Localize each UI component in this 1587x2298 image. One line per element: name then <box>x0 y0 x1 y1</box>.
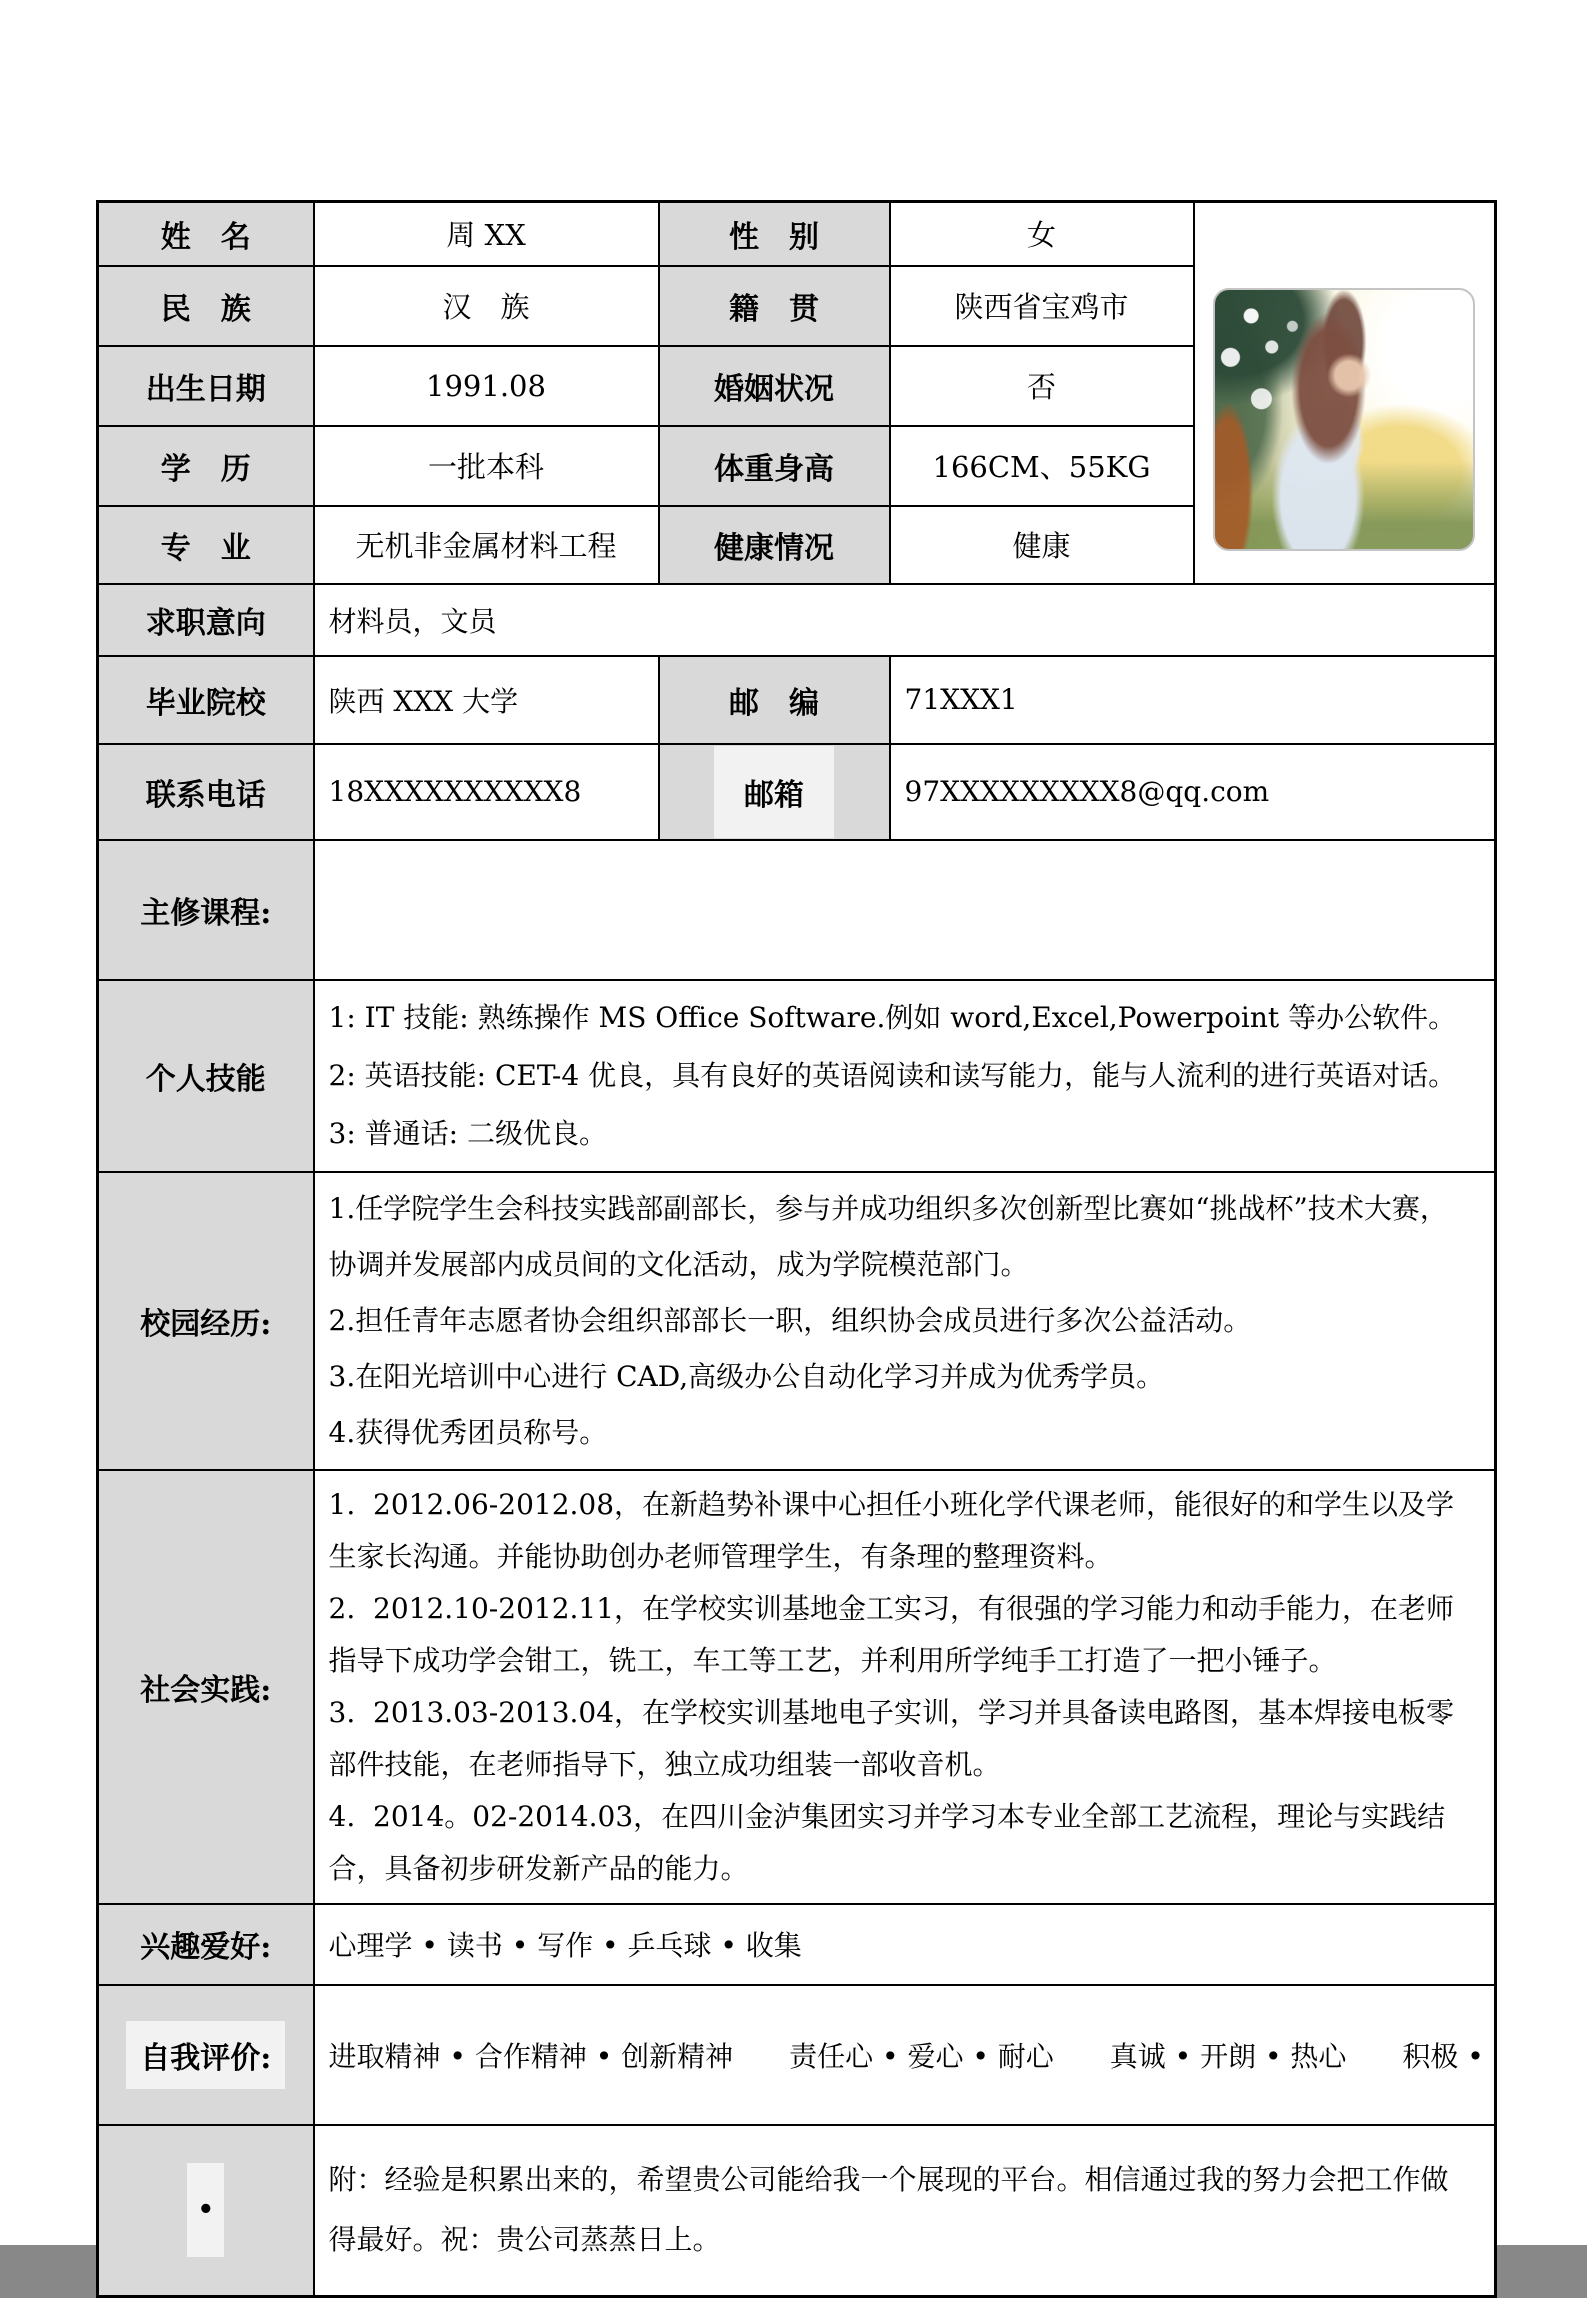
main-courses-value <box>314 840 1496 980</box>
row-hobbies: 兴趣爱好: 心理学 • 读书 • 写作 • 乒乓球 • 收集 <box>98 1904 1496 1985</box>
self-evaluation-label: 自我评价: <box>98 1985 314 2125</box>
birth-date-label: 出生日期 <box>98 346 314 426</box>
phone-label: 联系电话 <box>98 744 314 840</box>
bullet-icon: • <box>187 2163 224 2257</box>
social-line-1: 1. 2012.06-2012.08，在新趋势补课中心担任小班化学代课老师，能很… <box>329 1479 1475 1583</box>
self-evaluation-value: 进取精神 • 合作精神 • 创新精神 责任心 • 爱心 • 耐心 真诚 • 开朗… <box>314 1985 1496 2125</box>
attachment-bullet-cell: • <box>98 2125 314 2297</box>
skill-line-3: 3: 普通话: 二级优良。 <box>329 1105 1475 1163</box>
attachment-value: 附：经验是积累出来的，希望贵公司能给我一个展现的平台。相信通过我的努力会把工作做… <box>314 2125 1496 2297</box>
row-main-courses: 主修课程: <box>98 840 1496 980</box>
job-intention-value: 材料员，文员 <box>314 584 1496 656</box>
row-attachment: • 附：经验是积累出来的，希望贵公司能给我一个展现的平台。相信通过我的努力会把工… <box>98 2125 1496 2297</box>
postal-code-label: 邮 编 <box>659 656 890 744</box>
campus-experience-value: 1.任学院学生会科技实践部副部长，参与并成功组织多次创新型比赛如“挑战杯”技术大… <box>314 1172 1496 1470</box>
job-intention-label: 求职意向 <box>98 584 314 656</box>
email-label-text: 邮箱 <box>714 746 834 838</box>
row-phone-email: 联系电话 18XXXXXXXXXX8 邮箱 97XXXXXXXXX8@qq.co… <box>98 744 1496 840</box>
row-social-practice: 社会实践: 1. 2012.06-2012.08，在新趋势补课中心担任小班化学代… <box>98 1470 1496 1904</box>
profile-photo <box>1213 288 1475 551</box>
health-value: 健康 <box>890 506 1194 584</box>
skill-line-2: 2: 英语技能: CET-4 优良，具有良好的英语阅读和读写能力，能与人流利的进… <box>329 1047 1475 1105</box>
row-self-evaluation: 自我评价: 进取精神 • 合作精神 • 创新精神 责任心 • 爱心 • 耐心 真… <box>98 1985 1496 2125</box>
self-evaluation-label-text: 自我评价: <box>126 2021 285 2089</box>
photo-cell <box>1194 202 1496 584</box>
main-courses-label: 主修课程: <box>98 840 314 980</box>
graduate-school-value: 陕西 XXX 大学 <box>314 656 659 744</box>
education-value: 一批本科 <box>314 426 659 506</box>
name-value: 周 XX <box>314 202 659 266</box>
row-name-gender: 姓 名 周 XX 性 别 女 <box>98 202 1496 266</box>
personal-skills-value: 1: IT 技能: 熟练操作 MS Office Software.例如 wor… <box>314 980 1496 1172</box>
education-label: 学 历 <box>98 426 314 506</box>
row-personal-skills: 个人技能 1: IT 技能: 熟练操作 MS Office Software.例… <box>98 980 1496 1172</box>
hobbies-value: 心理学 • 读书 • 写作 • 乒乓球 • 收集 <box>314 1904 1496 1985</box>
social-practice-value: 1. 2012.06-2012.08，在新趋势补课中心担任小班化学代课老师，能很… <box>314 1470 1496 1904</box>
campus-experience-label: 校园经历: <box>98 1172 314 1470</box>
campus-line-1: 1.任学院学生会科技实践部副部长，参与并成功组织多次创新型比赛如“挑战杯”技术大… <box>329 1181 1475 1293</box>
height-weight-label: 体重身高 <box>659 426 890 506</box>
marital-status-value: 否 <box>890 346 1194 426</box>
hobbies-label: 兴趣爱好: <box>98 1904 314 1985</box>
campus-line-4: 4.获得优秀团员称号。 <box>329 1405 1475 1461</box>
email-label: 邮箱 <box>659 744 890 840</box>
graduate-school-label: 毕业院校 <box>98 656 314 744</box>
ethnicity-value: 汉 族 <box>314 266 659 346</box>
ethnicity-label: 民 族 <box>98 266 314 346</box>
postal-code-value: 71XXX1 <box>890 656 1496 744</box>
personal-skills-label: 个人技能 <box>98 980 314 1172</box>
name-label: 姓 名 <box>98 202 314 266</box>
native-place-value: 陕西省宝鸡市 <box>890 266 1194 346</box>
native-place-label: 籍 贯 <box>659 266 890 346</box>
campus-line-3: 3.在阳光培训中心进行 CAD,高级办公自动化学习并成为优秀学员。 <box>329 1349 1475 1405</box>
gender-label: 性 别 <box>659 202 890 266</box>
birth-date-value: 1991.08 <box>314 346 659 426</box>
social-line-4: 4. 2014。02-2014.03，在四川金泸集团实习并学习本专业全部工艺流程… <box>329 1791 1475 1895</box>
row-school-postal: 毕业院校 陕西 XXX 大学 邮 编 71XXX1 <box>98 656 1496 744</box>
social-practice-label: 社会实践: <box>98 1470 314 1904</box>
row-campus-experience: 校园经历: 1.任学院学生会科技实践部副部长，参与并成功组织多次创新型比赛如“挑… <box>98 1172 1496 1470</box>
campus-line-2: 2.担任青年志愿者协会组织部部长一职，组织协会成员进行多次公益活动。 <box>329 1293 1475 1349</box>
major-value: 无机非金属材料工程 <box>314 506 659 584</box>
resume-table: 姓 名 周 XX 性 别 女 民 族 汉 族 籍 贯 陕西省宝鸡市 出生日期 1… <box>96 200 1497 2298</box>
resume-page: 姓 名 周 XX 性 别 女 民 族 汉 族 籍 贯 陕西省宝鸡市 出生日期 1… <box>0 0 1587 2245</box>
row-job-intention: 求职意向 材料员，文员 <box>98 584 1496 656</box>
gender-value: 女 <box>890 202 1194 266</box>
phone-value: 18XXXXXXXXXX8 <box>314 744 659 840</box>
height-weight-value: 166CM、55KG <box>890 426 1194 506</box>
social-line-2: 2. 2012.10-2012.11，在学校实训基地金工实习，有很强的学习能力和… <box>329 1583 1475 1687</box>
email-value: 97XXXXXXXXX8@qq.com <box>890 744 1496 840</box>
major-label: 专 业 <box>98 506 314 584</box>
skill-line-1: 1: IT 技能: 熟练操作 MS Office Software.例如 wor… <box>329 989 1475 1047</box>
social-line-3: 3. 2013.03-2013.04，在学校实训基地电子实训，学习并具备读电路图… <box>329 1687 1475 1791</box>
health-label: 健康情况 <box>659 506 890 584</box>
marital-status-label: 婚姻状况 <box>659 346 890 426</box>
